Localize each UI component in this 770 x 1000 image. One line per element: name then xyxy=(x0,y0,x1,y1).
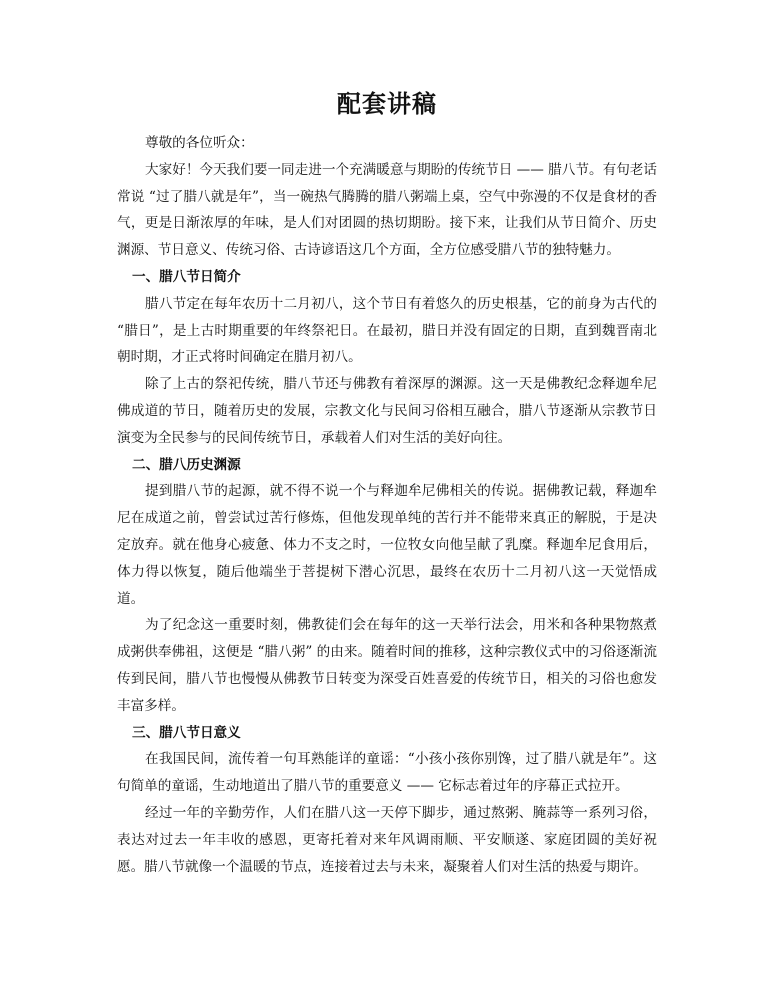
body-paragraph: 腊八节定在每年农历十二月初八，这个节日有着悠久的历史根基，它的前身为古代的 “腊… xyxy=(117,291,657,371)
body-paragraph: 提到腊八节的起源，就不得不说一个与释迦牟尼佛相关的传说。据佛教记载，释迦牟尼在成… xyxy=(117,478,657,612)
section-heading: 三、腊八节日意义 xyxy=(117,720,657,747)
document-title: 配套讲稿 xyxy=(117,86,657,122)
section-significance: 三、腊八节日意义 在我国民间，流传着一句耳熟能详的童谣：“小孩小孩你别馋，过了腊… xyxy=(117,720,657,881)
section-heading: 一、腊八节日简介 xyxy=(117,264,657,291)
greeting: 尊敬的各位听众： xyxy=(117,130,657,157)
section-heading: 二、腊八历史渊源 xyxy=(117,452,657,479)
document-page: 配套讲稿 尊敬的各位听众： 大家好！今天我们要一同走进一个充满暖意与期盼的传统节… xyxy=(117,86,657,880)
body-paragraph: 为了纪念这一重要时刻，佛教徒们会在每年的这一天举行法会，用米和各种果物熬煮成粥供… xyxy=(117,612,657,719)
body-paragraph: 经过一年的辛勤劳作，人们在腊八这一天停下脚步，通过熬粥、腌蒜等一系列习俗，表达对… xyxy=(117,800,657,880)
body-paragraph: 除了上古的祭祀传统，腊八节还与佛教有着深厚的渊源。这一天是佛教纪念释迦牟尼佛成道… xyxy=(117,371,657,451)
section-introduction: 一、腊八节日简介 腊八节定在每年农历十二月初八，这个节日有着悠久的历史根基，它的… xyxy=(117,264,657,452)
section-history: 二、腊八历史渊源 提到腊八节的起源，就不得不说一个与释迦牟尼佛相关的传说。据佛教… xyxy=(117,452,657,720)
body-paragraph: 在我国民间，流传着一句耳熟能详的童谣：“小孩小孩你别馋，过了腊八就是年”。这句简… xyxy=(117,746,657,800)
intro-paragraph: 大家好！今天我们要一同走进一个充满暖意与期盼的传统节日 —— 腊八节。有句老话常… xyxy=(117,157,657,264)
